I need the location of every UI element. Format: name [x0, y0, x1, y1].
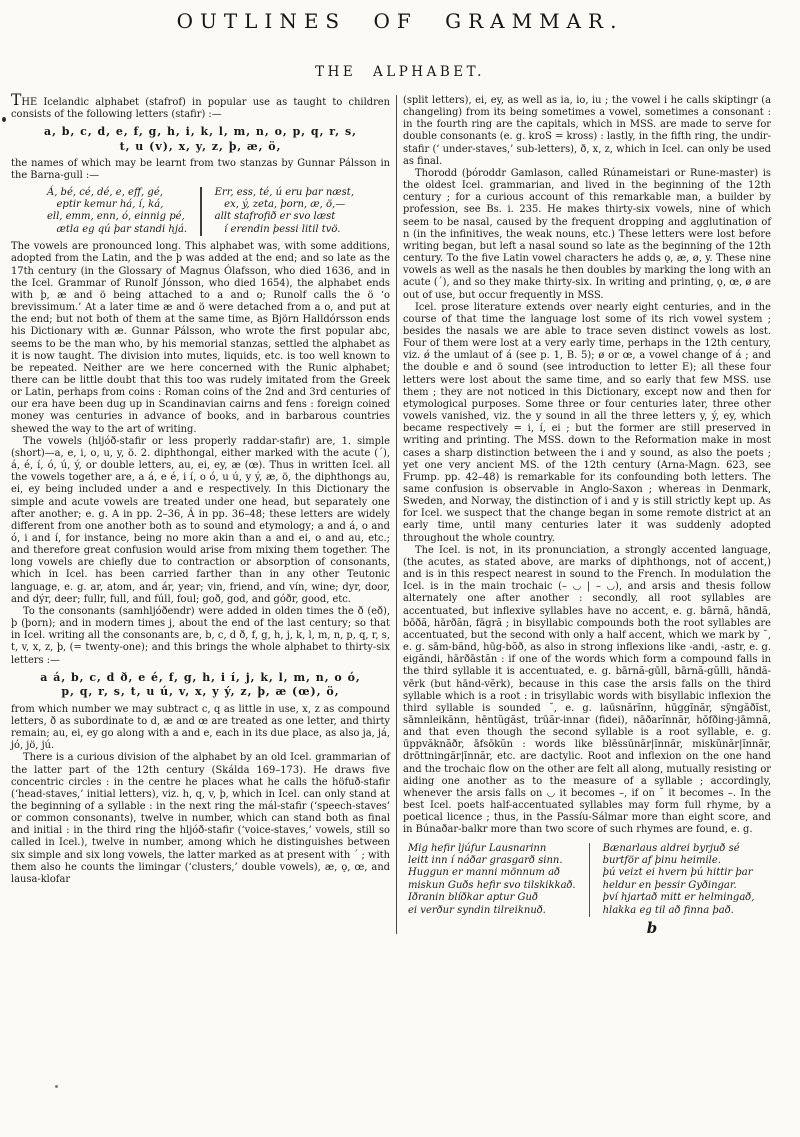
- pronunciation-paragraph: The Icel. is not, in its pronunciation, …: [403, 545, 771, 837]
- stanza-divider: [589, 843, 590, 917]
- prose-literature-paragraph: Icel. prose literature extends over near…: [403, 302, 771, 545]
- scan-speck: [2, 117, 6, 122]
- right-column: (split letters), ei, ey, as well as ia, …: [397, 95, 771, 934]
- intro-text: HE Icelandic alphabet (stafrof) in popul…: [11, 97, 390, 120]
- consonants-paragraph: To the consonants (samhljóðendr) were ad…: [11, 606, 390, 667]
- stanza-divider: [200, 187, 202, 237]
- division-paragraph: There is a curious division of the alpha…: [11, 752, 390, 886]
- barna-gull-stanzas: Á, bé, cé, dé, e, eff, gé, eptir kemur h…: [11, 187, 390, 237]
- split-letters-paragraph: (split letters), ei, ey, as well as ia, …: [403, 95, 771, 168]
- page-title: OUTLINES OF GRAMMAR.: [0, 0, 800, 33]
- rhyme-example-stanzas: Mig hefir ljúfur Lausnarinn leitt inn í …: [403, 843, 771, 917]
- subtract-paragraph: from which number we may subtract c, q a…: [11, 704, 390, 753]
- vowels-paragraph: The vowels (hljóð-stafir or less properl…: [11, 436, 390, 606]
- signature-mark: b: [403, 922, 771, 934]
- left-column: THE Icelandic alphabet (stafrof) in popu…: [11, 95, 396, 934]
- section-title: THE ALPHABET.: [0, 64, 800, 80]
- book-page: OUTLINES OF GRAMMAR. THE ALPHABET. THE I…: [0, 0, 800, 1137]
- thorodd-paragraph: Thorodd (þóroddr Gamlason, called Rúname…: [403, 168, 771, 302]
- alphabet-list-short: a, b, c, d, e, f, g, h, i, k, l, m, n, o…: [11, 125, 390, 154]
- drop-cap: T: [11, 91, 21, 109]
- intro-paragraph: THE Icelandic alphabet (stafrof) in popu…: [11, 95, 390, 121]
- stanza-right: Err, ess, té, ú eru þar næst, ex, ý, zet…: [215, 187, 354, 237]
- stanza-left: Mig hefir ljúfur Lausnarinn leitt inn í …: [408, 843, 576, 917]
- scan-speck: [55, 1085, 58, 1088]
- vowels-long-paragraph: The vowels are pronounced long. This alp…: [11, 241, 390, 436]
- text-columns: THE Icelandic alphabet (stafrof) in popu…: [0, 95, 800, 934]
- alphabet-list-full: a á, b, c, d ð, e é, f, g, h, i í, j, k,…: [11, 671, 390, 700]
- stanza-right: Bænarlaus aldrei byrjuð sé burtför af þi…: [603, 843, 755, 917]
- stanza-left: Á, bé, cé, dé, e, eff, gé, eptir kemur h…: [47, 187, 187, 237]
- names-paragraph: the names of which may be learnt from tw…: [11, 158, 390, 182]
